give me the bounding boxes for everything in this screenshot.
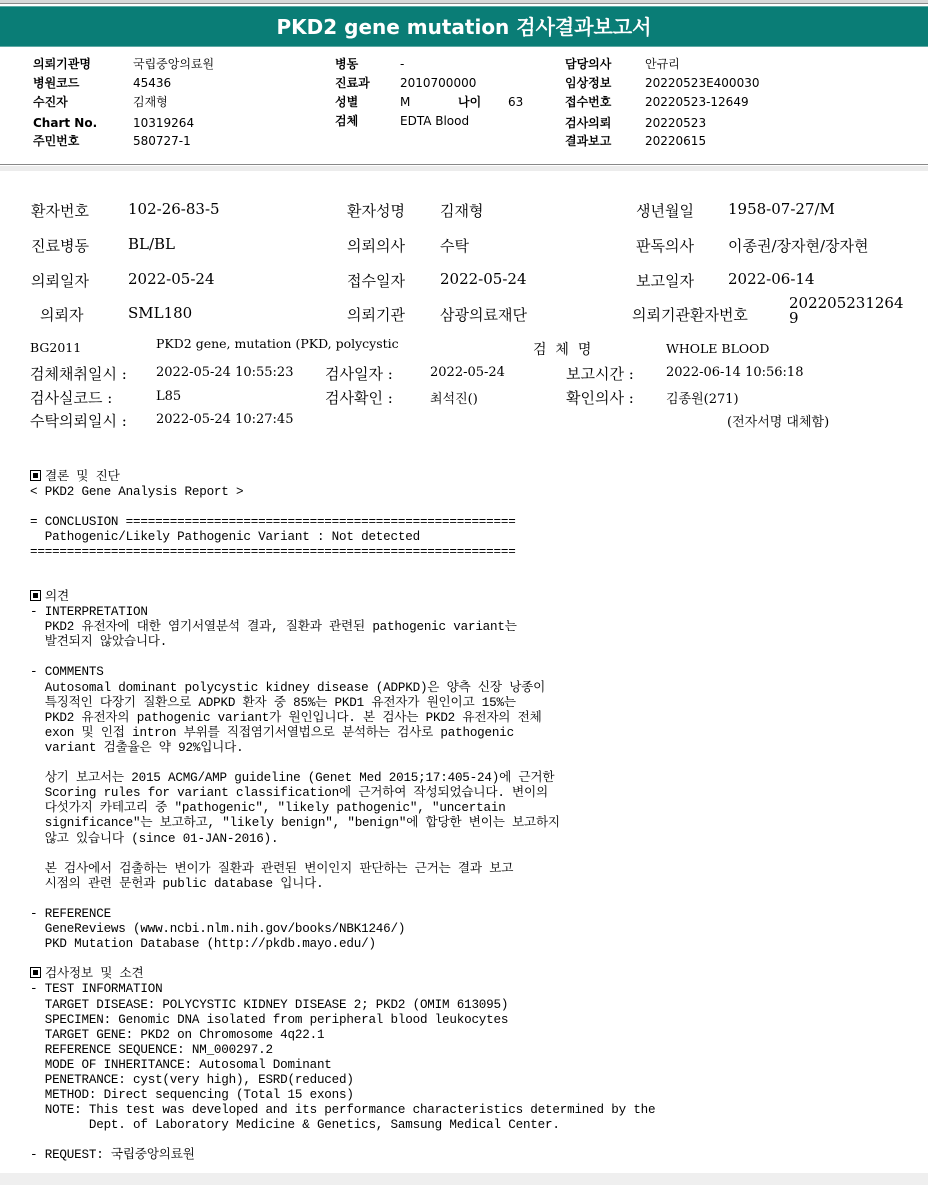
ward-label: 진료병동 [31, 235, 89, 256]
collect-value: 2022-05-24 10:55:23 [156, 365, 293, 380]
req-date-value: 2022-05-24 [128, 270, 214, 288]
header-field: 병동- [335, 55, 523, 74]
top-border [0, 0, 928, 4]
outsourced-value: 2022-05-24 10:27:45 [156, 412, 293, 427]
report-date-value: 2022-06-14 [728, 270, 814, 288]
header-field: 수진자김재형 [33, 93, 214, 112]
opinion-section: 의견 - INTERPRETATION PKD2 유전자에 대한 염기서열분석 … [30, 590, 655, 1164]
req-date-label: 의뢰일자 [31, 270, 89, 291]
requester-value: SML180 [128, 304, 192, 322]
inst-patient-no-label: 의뢰기관환자번호 [632, 304, 748, 325]
conclusion-section: 결론 및 진단 < PKD2 Gene Analysis Report > = … [30, 470, 516, 561]
divider-band [0, 166, 928, 171]
specimen-label: 검 체 명 [533, 339, 591, 359]
header-field: 임상정보20220523E400030 [565, 74, 759, 93]
header-field: 검체EDTA Blood [335, 112, 523, 131]
inst-patient-no-value: 2022052312649 [789, 296, 904, 326]
birth-value: 1958-07-27/M [728, 200, 835, 218]
bottom-band [0, 1173, 928, 1185]
confirm-label: 검사확인 : [325, 387, 393, 408]
lab-code-label: 검사실코드 : [30, 387, 112, 408]
esign-note: (전자서명 대체함) [727, 411, 829, 430]
header-col-3: 담당의사안규리 임상정보20220523E400030 접수번호20220523… [565, 55, 759, 151]
test-code: BG2011 [30, 340, 81, 355]
header-field: 의뢰기관명국립중앙의료원 [33, 55, 214, 74]
recv-date-label: 접수일자 [347, 270, 405, 291]
header-field: 담당의사안규리 [565, 55, 759, 74]
header-field: 성별M나이63 [335, 93, 523, 112]
patient-no: 102-26-83-5 [128, 200, 220, 218]
header-field: 병원코드45436 [33, 74, 214, 93]
collect-label: 검체채취일시 : [30, 363, 127, 384]
header-field: 접수번호20220523-12649 [565, 93, 759, 112]
report-time-value: 2022-06-14 10:56:18 [666, 365, 803, 380]
birth-label: 생년월일 [636, 200, 694, 221]
square-bullet-icon [30, 967, 41, 978]
req-inst-label: 의뢰기관 [347, 304, 405, 325]
reading-doctor-value: 이종권/장자현/장자현 [728, 235, 869, 256]
square-bullet-icon [30, 470, 41, 481]
header-field: 주민번호580727-1 [33, 132, 214, 151]
patient-name: 김재형 [440, 200, 483, 221]
header-field: 검사의뢰20220523 [565, 112, 759, 132]
specimen-value: WHOLE BLOOD [666, 341, 769, 356]
report-date-label: 보고일자 [636, 270, 694, 291]
confirm-value: 최석진() [430, 388, 478, 407]
outsourced-label: 수탁의뢰일시 : [30, 410, 127, 431]
header-field: 결과보고20220615 [565, 132, 759, 151]
header-col-1: 의뢰기관명국립중앙의료원 병원코드45436 수진자김재형 Chart No.1… [33, 55, 214, 151]
conclusion-result: Pathogenic/Likely Pathogenic Variant : N… [30, 530, 420, 544]
ward-value: BL/BL [128, 235, 175, 253]
test-date-label: 검사일자 : [325, 363, 393, 384]
confirm-doctor-value: 김종원(271) [666, 388, 739, 407]
square-bullet-icon [30, 590, 41, 601]
patient-name-label: 환자성명 [347, 200, 405, 221]
header-field: 진료과2010700000 [335, 74, 523, 93]
recv-date-value: 2022-05-24 [440, 270, 526, 288]
divider [0, 164, 928, 165]
req-doctor-label: 의뢰의사 [347, 235, 405, 256]
test-name: PKD2 gene, mutation (PKD, polycystic [156, 336, 399, 351]
report-subtitle: < PKD2 Gene Analysis Report > [30, 485, 243, 499]
report-time-label: 보고시간 : [566, 363, 634, 384]
test-date-value: 2022-05-24 [430, 365, 505, 380]
confirm-doctor-label: 확인의사 : [566, 387, 634, 408]
req-inst-value: 삼광의료재단 [440, 304, 527, 325]
requester-label: 의뢰자 [40, 304, 83, 325]
header-field: Chart No.10319264 [33, 112, 214, 132]
header-col-2: 병동- 진료과2010700000 성별M나이63 검체EDTA Blood [335, 55, 523, 131]
patient-no-label: 환자번호 [31, 200, 89, 221]
req-doctor-value: 수탁 [440, 235, 469, 256]
reading-doctor-label: 판독의사 [636, 235, 694, 256]
report-title: PKD2 gene mutation 검사결과보고서 [0, 6, 928, 47]
lab-code-value: L85 [156, 389, 181, 404]
